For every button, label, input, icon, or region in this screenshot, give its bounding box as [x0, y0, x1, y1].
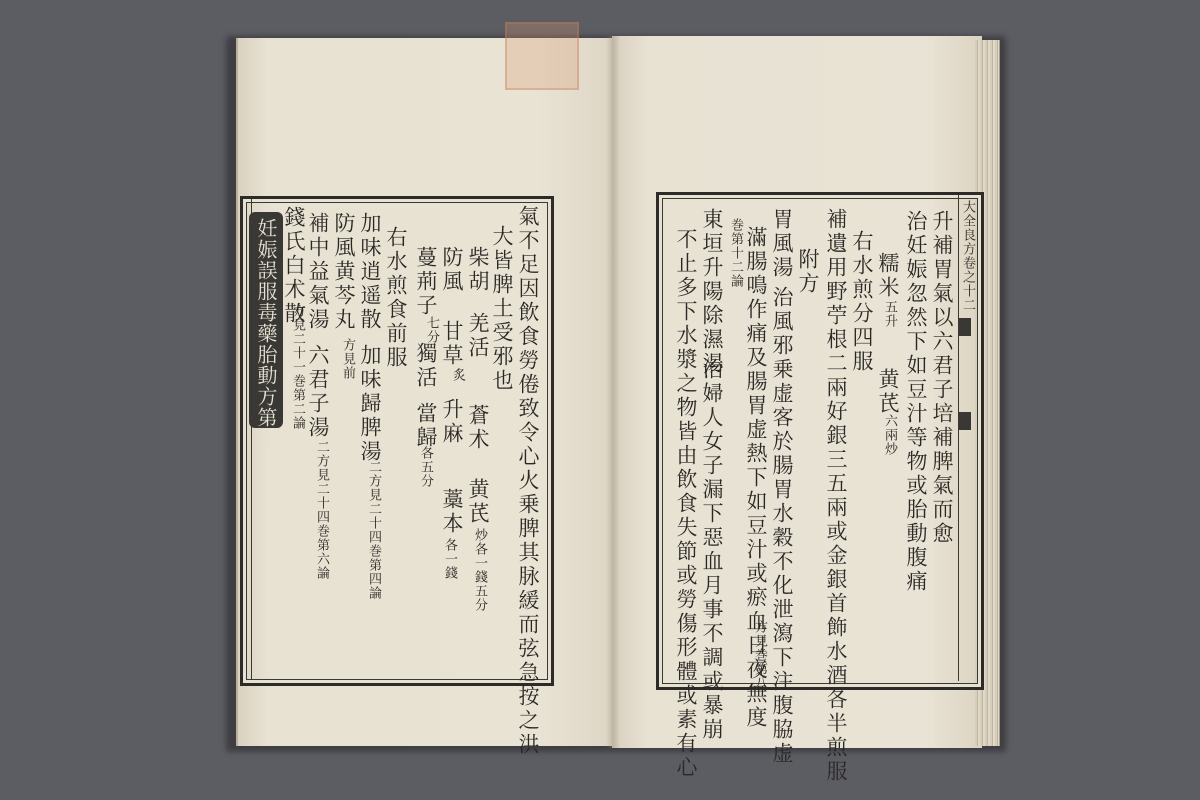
- dosage-note: 各五分: [418, 446, 432, 488]
- dosage-note: 五升: [882, 300, 896, 328]
- dosage-note: 六兩炒: [882, 414, 896, 456]
- herb-name: 防風: [440, 246, 464, 294]
- text-column: 大皆脾土受邪也: [490, 225, 514, 393]
- herb-name: 蒼术: [466, 404, 490, 452]
- herb-name: 黄芪: [876, 368, 900, 416]
- reference-note: 方見二十一巻第二論: [290, 304, 304, 430]
- text-column: 右水煎食前服: [384, 226, 408, 370]
- herb-name: 藁本: [440, 488, 464, 536]
- dosage-note: 各一錢: [442, 538, 456, 580]
- dosage-note: 炒各一錢五分: [472, 528, 486, 612]
- collector-seal: [505, 22, 579, 90]
- text-column: 不止多下水漿之物皆由飲食失節或勞傷形體或素有心: [674, 228, 698, 780]
- fish-tail-mark: [959, 318, 971, 336]
- dosage-note: 七分: [424, 316, 438, 344]
- chapter-title-tab: 妊娠誤服毒藥胎動方第十: [249, 212, 283, 428]
- herb-name: 柴胡: [466, 246, 490, 294]
- text-column: 治妊娠忽然下如豆汁等物或胎動腹痛: [904, 210, 928, 594]
- margin-title: 大全良方卷之十二: [960, 200, 974, 312]
- fish-tail-mark: [959, 412, 971, 430]
- formula-name: 補中益氣湯: [306, 212, 330, 332]
- formula-name: 東垣升陽除濕湯: [700, 208, 724, 376]
- reference-note: 二方見二十四巻第六論: [314, 440, 328, 580]
- herb-name: 當歸: [414, 402, 438, 450]
- herb-name: 羌活: [466, 312, 490, 360]
- reference-note: 方見巻第八: [752, 620, 766, 690]
- herb-name: 黄芪: [466, 478, 490, 526]
- text-column: 氣不足因飲食勞倦致令心火乗脾其脉緩而弦急按之洪: [516, 205, 540, 757]
- reference-note: 方見前: [340, 338, 354, 380]
- herb-name: 升麻: [440, 398, 464, 446]
- dosage-note: 炙: [450, 368, 464, 382]
- chapter-title: 妊娠誤服毒藥胎動方第十: [254, 218, 278, 449]
- text-column: 補遺用野苧根二兩好銀三五兩或金銀首飾水酒各半煎服: [824, 208, 848, 784]
- formula-name: 加味逍遥散: [358, 212, 382, 332]
- text-column: 右水煎分四服: [850, 230, 874, 374]
- formula-name: 防風黄芩丸: [332, 212, 356, 332]
- section-heading: 附方: [796, 248, 820, 296]
- reference-note: 巻第十二論: [728, 218, 742, 288]
- text-column: 治婦人女子漏下惡血月事不調或暴崩: [700, 358, 724, 742]
- herb-name: 糯米: [876, 252, 900, 300]
- formula-name: 胃風湯: [770, 208, 794, 280]
- text-column: 治風邪乗虚客於腸胃水穀不化泄瀉下注腹脇虚: [770, 286, 794, 766]
- herb-name: 甘草: [440, 320, 464, 368]
- book-fold: [606, 36, 620, 748]
- formula-name: 六君子湯: [306, 344, 330, 440]
- text-column: 升補胃氣以六君子培補脾氣而愈: [930, 210, 954, 546]
- reference-note: 二方見二十四巻第四論: [366, 460, 380, 600]
- formula-name: 加味歸脾湯: [358, 344, 382, 464]
- herb-name: 蔓荊子: [414, 246, 438, 318]
- herb-name: 獨活: [414, 342, 438, 390]
